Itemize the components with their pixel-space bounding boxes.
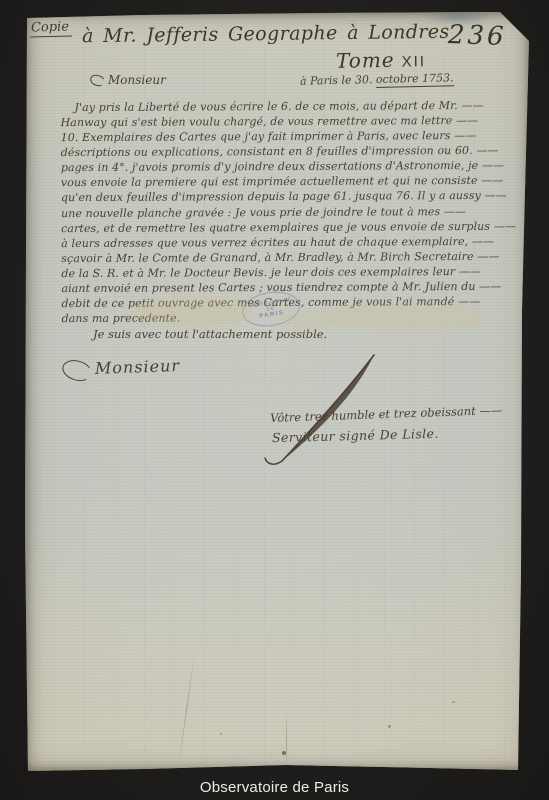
page-number: 236 [447,20,507,52]
letter-line: sçavoir à Mr. le Comte de Granard, à Mr.… [61,250,499,265]
paper-speck [452,701,455,703]
signature-line-2: Serviteur signé De Lisle. [272,426,439,445]
paper-speck [388,725,391,728]
dateline-date: octobre 1753. [376,71,454,88]
photo-caption: Observatoire de Paris [0,779,549,796]
salutation: Monsieur [90,73,166,87]
closing-salutation-text: Monsieur [95,356,181,378]
salutation-text: Monsieur [108,73,166,87]
letter-line: vous envoie la premiere qui est imprimée… [61,174,504,189]
paper-crease [286,711,287,771]
paper-speck [220,733,222,735]
letter-line: de la S. R. et à Mr. le Docteur Bevis. j… [61,265,481,280]
letter-line: à leurs adresses que vous verrez écrites… [61,235,494,250]
volume-numeral: XII [402,53,427,70]
ink-bleedthrough [324,303,484,331]
paper-crease [178,652,195,769]
letter-line: une nouvelle planche gravée : Je vous pr… [61,205,466,220]
copy-label: Copie [30,19,72,37]
volume-word: Tome [336,48,395,73]
ink-bleedthrough [134,299,254,325]
letter-line: J'ay pris la Liberté de vous écrire le 6… [74,99,483,114]
dateline: à Paris le 30. octobre 1753. [300,71,454,87]
letter-line: cartes, et de remettre les quatre exempl… [61,220,516,235]
pen-flourish-icon [89,73,107,88]
volume-label: TomeXII [336,47,426,73]
letter-line: déscriptions ou explications, consistant… [61,144,499,159]
pen-flourish-icon [60,356,94,383]
dateline-prefix: à Paris le 30. [300,73,376,88]
closing-salutation: Monsieur [62,356,181,381]
letter-body: J'ay pris la Liberté de vous écrire le 6… [24,10,530,13]
letter-line: 10. Exemplaires des Cartes que j'ay fait… [61,129,477,144]
photo-background: Copie à Mr. Jefferis Geographe à Londres… [0,0,549,800]
letter-line: qu'en deux feuilles d'impression depuis … [61,189,507,204]
address-header: à Mr. Jefferis Geographe à Londres [82,21,450,47]
manuscript-page: Copie à Mr. Jefferis Geographe à Londres… [24,11,530,772]
ink-bleedthrough [274,311,334,331]
letter-line: pages in 4°. j'avois promis d'y joindre … [61,159,504,174]
letter-line: Hanway qui s'est bien voulu chargé, de v… [61,114,479,129]
